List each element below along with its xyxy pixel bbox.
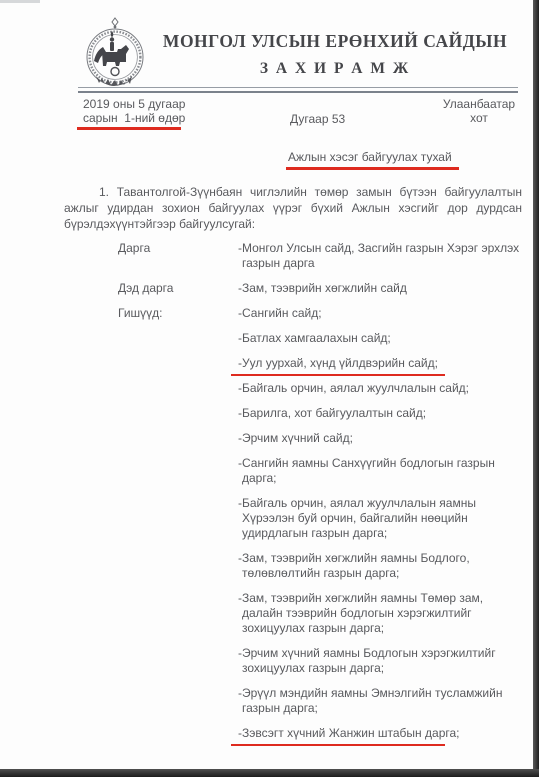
member-position-text: -Эрүүл мэндийн яамны Эмнэлгийн тусламжий… xyxy=(238,686,539,716)
decree-subject-title: Ажлын хэсэг байгуулах тухай xyxy=(288,150,452,164)
member-position-text: -Монгол Улсын сайд, Засгийн газрын Хэрэг… xyxy=(238,241,539,271)
member-row: -Зам, тээврийн хөгжлийн яамны Бодлого, т… xyxy=(118,551,530,581)
member-row: Гишүүд: -Сангийн сайд; xyxy=(118,306,530,321)
date-red-underline xyxy=(77,127,181,130)
member-row: -Зам, тээврийн хөгжлийн яамны Төмөр зам,… xyxy=(118,591,530,636)
member-row-chairman: Дарга -Монгол Улсын сайд, Засгийн газрын… xyxy=(118,241,530,271)
member-row: -Эрчим хүчний яамны Бодлогын хэрэгжилтий… xyxy=(118,646,530,676)
scan-edge-top xyxy=(0,0,40,3)
mongolia-state-emblem-logo xyxy=(82,14,148,94)
member-position-text: -Эрчим хүчний яамны Бодлогын хэрэгжилтий… xyxy=(238,646,539,676)
member-row: -Сангийн яамны Санхүүгийн бодлогын газры… xyxy=(118,456,530,486)
member-position-text: -Эрчим хүчний сайд; xyxy=(238,431,539,446)
paragraph-line: бүрэлдэхүүнтэйгээр байгуулсугай: xyxy=(64,216,522,232)
member-position-text: -Уул уурхай, хүнд үйлдвэрийн сайд; xyxy=(238,356,539,371)
scan-edge-right xyxy=(533,0,539,777)
header-divider-line xyxy=(78,87,518,93)
paragraph-line: ажлыг удирдан зохион байгуулах үүрэг бүх… xyxy=(64,200,522,216)
decree-document-page: МОНГОЛ УЛСЫН ЕРӨНХИЙ САЙДЫН З А Х И Р А … xyxy=(0,0,539,777)
member-row: -Байгаль орчин, аялал жуулчлалын яамны Х… xyxy=(118,496,530,541)
document-type-title: З А Х И Р А М Ж xyxy=(155,60,515,78)
decree-number: Дугаар 53 xyxy=(290,112,345,126)
scan-edge-bottom xyxy=(0,769,539,777)
member-role-label: Дарга xyxy=(118,241,150,256)
member-position-text: -Байгаль орчин, аялал жуулчлалын сайд; xyxy=(238,381,539,396)
issuing-authority-title: МОНГОЛ УЛСЫН ЕРӨНХИЙ САЙДЫН xyxy=(155,31,515,51)
decree-body-paragraph: 1. Тавантолгой-Зүүнбаян чиглэлийн төмөр … xyxy=(64,184,522,232)
workgroup-member-list: Дарга -Монгол Улсын сайд, Засгийн газрын… xyxy=(118,241,530,751)
member-position-text: -Зам, тээврийн хөгжлийн яамны Бодлого, т… xyxy=(238,551,539,581)
member-row: -Эрүүл мэндийн яамны Эмнэлгийн тусламжий… xyxy=(118,686,530,716)
member-row-highlighted: -Уул уурхай, хүнд үйлдвэрийн сайд; xyxy=(118,356,530,371)
member-position-text: -Барилга, хот байгуулалтын сайд; xyxy=(238,406,539,421)
member-row: -Барилга, хот байгуулалтын сайд; xyxy=(118,406,530,421)
issue-city: Улаанбаатар хот xyxy=(437,97,521,125)
member-position-text: -Зам, тээврийн хөгжлийн сайд xyxy=(238,281,539,296)
state-emblem-icon xyxy=(82,14,148,94)
paragraph-line: 1. Тавантолгой-Зүүнбаян чиглэлийн төмөр … xyxy=(64,184,522,200)
member-position-text: -Сангийн яамны Санхүүгийн бодлогын газры… xyxy=(238,456,539,486)
member-role-label: Дэд дарга xyxy=(118,281,173,296)
member-row: -Байгаль орчин, аялал жуулчлалын сайд; xyxy=(118,381,530,396)
member-position-text: -Зэвсэгт хүчний Жанжин штабын дарга; xyxy=(238,726,539,741)
member-position-text: -Байгаль орчин, аялал жуулчлалын яамны Х… xyxy=(238,496,539,541)
member-position-text: -Сангийн сайд; xyxy=(238,306,539,321)
member-row-vice-chairman: Дэд дарга -Зам, тээврийн хөгжлийн сайд xyxy=(118,281,530,296)
member-row: -Эрчим хүчний сайд; xyxy=(118,431,530,446)
member-position-text: -Зам, тээврийн хөгжлийн яамны Төмөр зам,… xyxy=(238,591,539,636)
member-position-text: -Батлах хамгаалахын сайд; xyxy=(238,331,539,346)
member-role-label: Гишүүд: xyxy=(118,306,163,321)
document-header: МОНГОЛ УЛСЫН ЕРӨНХИЙ САЙДЫН З А Х И Р А … xyxy=(155,31,515,78)
member-row: -Батлах хамгаалахын сайд; xyxy=(118,331,530,346)
issue-date: 2019 оны 5 дугаар сарын 1-ний өдөр xyxy=(83,97,185,125)
member-row-highlighted: -Зэвсэгт хүчний Жанжин штабын дарга; xyxy=(118,726,530,741)
